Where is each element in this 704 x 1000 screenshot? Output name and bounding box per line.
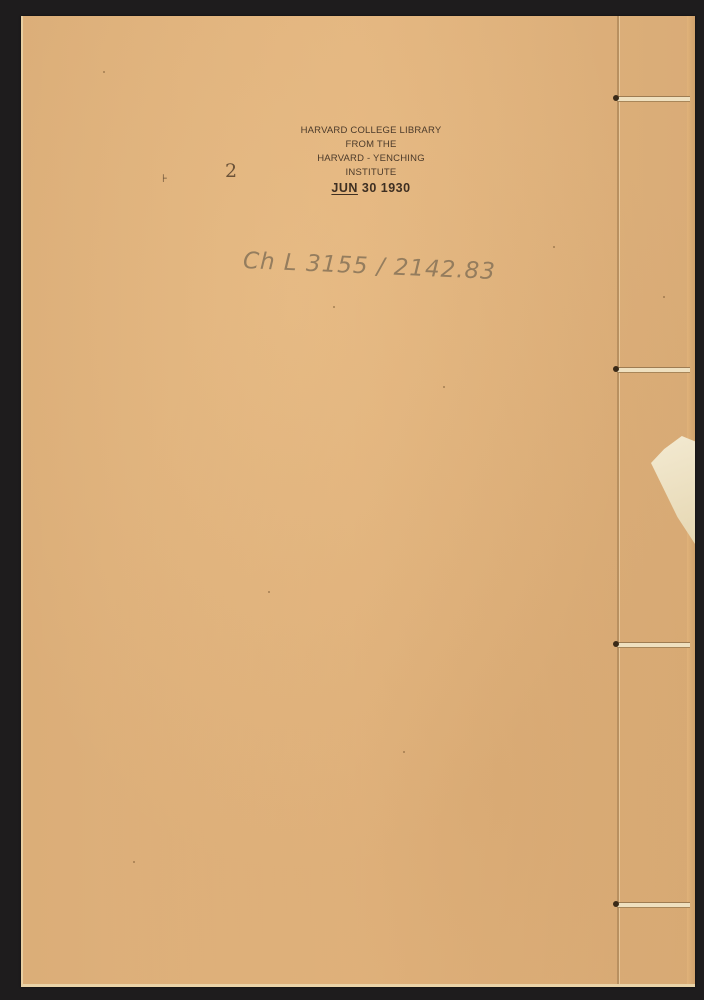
- cover-page: ⊦ 2 HARVARD COLLEGE LIBRARY FROM THE HAR…: [21, 16, 695, 987]
- paper-fleck: [443, 386, 445, 388]
- binding-stitch: [617, 902, 690, 908]
- stamp-line-4: INSTITUTE: [291, 166, 451, 180]
- binding-fold-line: [617, 16, 619, 984]
- paper-fleck: [103, 71, 105, 73]
- stamp-line-3: HARVARD - YENCHING: [291, 152, 451, 166]
- stitch-hole: [613, 95, 619, 101]
- stamp-line-1: HARVARD COLLEGE LIBRARY: [291, 124, 451, 138]
- stamp-date: JUN 30 1930: [291, 180, 451, 196]
- stamp-line-2: FROM THE: [291, 138, 451, 152]
- stitch-hole: [613, 366, 619, 372]
- binding-stitch: [617, 642, 690, 648]
- paper-fleck: [333, 306, 335, 308]
- paper-fleck: [663, 296, 665, 298]
- stamp-date-month: JUN: [331, 181, 358, 195]
- page-number: 2: [225, 160, 237, 182]
- binding-stitch: [617, 96, 690, 102]
- pencil-mark: ⊦: [162, 172, 168, 185]
- stitch-hole: [613, 901, 619, 907]
- paper-fleck: [268, 591, 270, 593]
- torn-paper-flap: [651, 436, 695, 544]
- stamp-date-rest: 30 1930: [362, 181, 411, 195]
- stitch-hole: [613, 641, 619, 647]
- paper-fleck: [553, 246, 555, 248]
- binding-stitch: [617, 367, 690, 373]
- paper-fleck: [133, 861, 135, 863]
- library-stamp: HARVARD COLLEGE LIBRARY FROM THE HARVARD…: [291, 124, 451, 196]
- handwritten-call-number: Ch L 3155 / 2142.83: [242, 248, 496, 285]
- paper-fleck: [403, 751, 405, 753]
